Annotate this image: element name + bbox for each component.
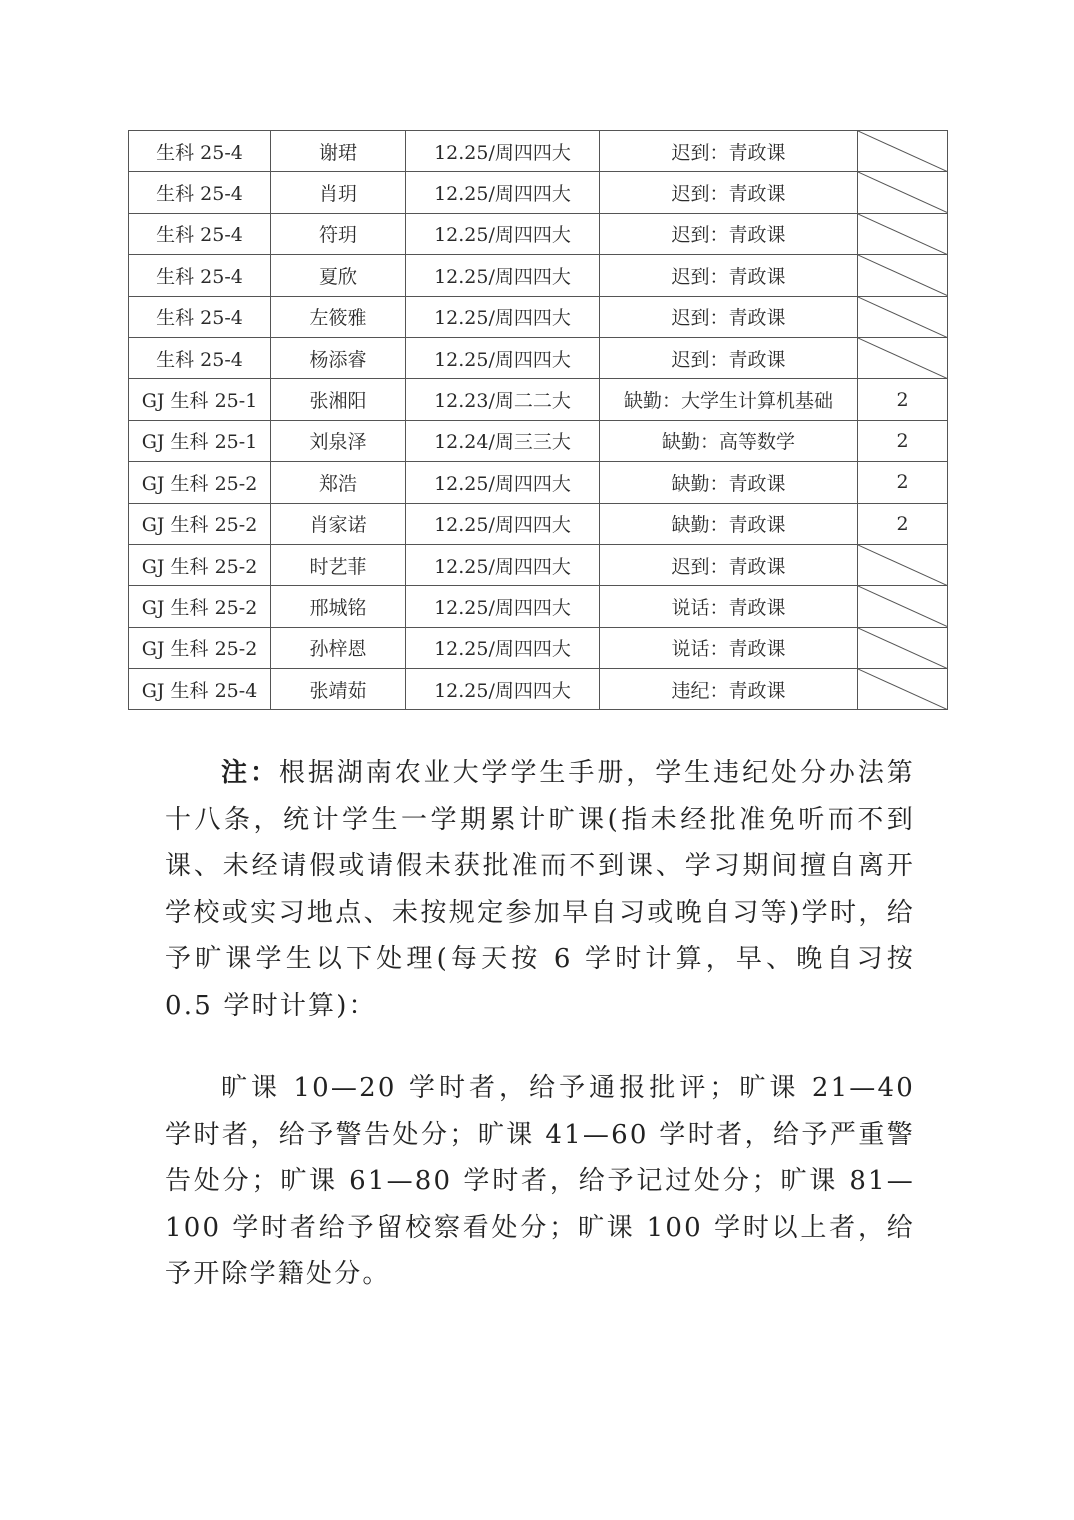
date-cell: 12.25/周四四大 <box>406 627 600 668</box>
class-cell: GJ 生科 25-2 <box>129 503 271 544</box>
reason-cell: 迟到：青政课 <box>600 131 858 172</box>
hours-cell-empty-diagonal <box>858 586 948 627</box>
note-lead: 注： <box>221 758 279 788</box>
date-cell: 12.25/周四四大 <box>406 172 600 213</box>
penalty-section: 旷课 10—20 学时者，给予通报批评；旷课 21—40 学时者，给予警告处分；… <box>165 1065 915 1298</box>
class-cell: GJ 生科 25-1 <box>129 379 271 420</box>
table-row: GJ 生科 25-4 张靖茹 12.25/周四四大 违纪：青政课 <box>129 669 948 710</box>
class-cell: GJ 生科 25-2 <box>129 627 271 668</box>
hours-cell-empty-diagonal <box>858 627 948 668</box>
diagonal-slash-icon <box>858 214 947 254</box>
reason-cell: 迟到：青政课 <box>600 172 858 213</box>
class-cell: GJ 生科 25-2 <box>129 462 271 503</box>
table-row: 生科 25-4 符玥 12.25/周四四大 迟到：青政课 <box>129 213 948 254</box>
table-row: 生科 25-4 肖玥 12.25/周四四大 迟到：青政课 <box>129 172 948 213</box>
diagonal-slash-icon <box>858 669 947 709</box>
reason-cell: 缺勤：青政课 <box>600 462 858 503</box>
table-row: GJ 生科 25-2 邢城铭 12.25/周四四大 说话：青政课 <box>129 586 948 627</box>
diagonal-slash-icon <box>858 131 947 171</box>
diagonal-slash-icon <box>858 338 947 378</box>
reason-cell: 说话：青政课 <box>600 627 858 668</box>
name-cell: 谢珺 <box>271 131 406 172</box>
reason-cell: 迟到：青政课 <box>600 255 858 296</box>
diagonal-slash-icon <box>858 255 947 295</box>
name-cell: 肖玥 <box>271 172 406 213</box>
reason-cell: 缺勤：大学生计算机基础 <box>600 379 858 420</box>
name-cell: 夏欣 <box>271 255 406 296</box>
reason-cell: 缺勤：青政课 <box>600 503 858 544</box>
table-row: GJ 生科 25-2 时艺菲 12.25/周四四大 迟到：青政课 <box>129 544 948 585</box>
class-cell: GJ 生科 25-1 <box>129 420 271 461</box>
name-cell: 张湘阳 <box>271 379 406 420</box>
table-body: 生科 25-4 谢珺 12.25/周四四大 迟到：青政课 生科 25-4 肖玥 … <box>129 131 948 710</box>
table-row: 生科 25-4 左筱雅 12.25/周四四大 迟到：青政课 <box>129 296 948 337</box>
reason-cell: 缺勤：高等数学 <box>600 420 858 461</box>
table-row: 生科 25-4 谢珺 12.25/周四四大 迟到：青政课 <box>129 131 948 172</box>
class-cell: 生科 25-4 <box>129 337 271 378</box>
hours-cell: 2 <box>858 420 948 461</box>
class-cell: GJ 生科 25-4 <box>129 669 271 710</box>
note-paragraph-2: 旷课 10—20 学时者，给予通报批评；旷课 21—40 学时者，给予警告处分；… <box>165 1065 915 1298</box>
name-cell: 孙梓恩 <box>271 627 406 668</box>
class-cell: GJ 生科 25-2 <box>129 544 271 585</box>
class-cell: 生科 25-4 <box>129 172 271 213</box>
name-cell: 时艺菲 <box>271 544 406 585</box>
name-cell: 符玥 <box>271 213 406 254</box>
class-cell: 生科 25-4 <box>129 213 271 254</box>
name-cell: 郑浩 <box>271 462 406 503</box>
reason-cell: 迟到：青政课 <box>600 296 858 337</box>
hours-cell-empty-diagonal <box>858 337 948 378</box>
date-cell: 12.25/周四四大 <box>406 296 600 337</box>
document-page: 生科 25-4 谢珺 12.25/周四四大 迟到：青政课 生科 25-4 肖玥 … <box>0 0 1074 1520</box>
date-cell: 12.25/周四四大 <box>406 586 600 627</box>
table-row: 生科 25-4 杨添睿 12.25/周四四大 迟到：青政课 <box>129 337 948 378</box>
hours-cell-empty-diagonal <box>858 255 948 296</box>
date-cell: 12.23/周二二大 <box>406 379 600 420</box>
date-cell: 12.25/周四四大 <box>406 255 600 296</box>
date-cell: 12.25/周四四大 <box>406 669 600 710</box>
table-row: 生科 25-4 夏欣 12.25/周四四大 迟到：青政课 <box>129 255 948 296</box>
reason-cell: 违纪：青政课 <box>600 669 858 710</box>
name-cell: 肖家诺 <box>271 503 406 544</box>
hours-cell: 2 <box>858 462 948 503</box>
table-row: GJ 生科 25-1 刘泉泽 12.24/周三三大 缺勤：高等数学 2 <box>129 420 948 461</box>
table-row: GJ 生科 25-1 张湘阳 12.23/周二二大 缺勤：大学生计算机基础 2 <box>129 379 948 420</box>
date-cell: 12.25/周四四大 <box>406 337 600 378</box>
hours-cell-empty-diagonal <box>858 669 948 710</box>
table-row: GJ 生科 25-2 肖家诺 12.25/周四四大 缺勤：青政课 2 <box>129 503 948 544</box>
date-cell: 12.25/周四四大 <box>406 462 600 503</box>
name-cell: 杨添睿 <box>271 337 406 378</box>
diagonal-slash-icon <box>858 297 947 337</box>
note-section: 注：根据湖南农业大学学生手册，学生违纪处分办法第十八条，统计学生一学期累计旷课(… <box>165 750 915 1029</box>
name-cell: 张靖茹 <box>271 669 406 710</box>
class-cell: 生科 25-4 <box>129 131 271 172</box>
hours-cell-empty-diagonal <box>858 544 948 585</box>
note-paragraph-1: 注：根据湖南农业大学学生手册，学生违纪处分办法第十八条，统计学生一学期累计旷课(… <box>165 750 915 1029</box>
attendance-records-table: 生科 25-4 谢珺 12.25/周四四大 迟到：青政课 生科 25-4 肖玥 … <box>128 130 948 710</box>
diagonal-slash-icon <box>858 545 947 585</box>
name-cell: 左筱雅 <box>271 296 406 337</box>
hours-cell: 2 <box>858 503 948 544</box>
class-cell: GJ 生科 25-2 <box>129 586 271 627</box>
reason-cell: 迟到：青政课 <box>600 337 858 378</box>
reason-cell: 迟到：青政课 <box>600 544 858 585</box>
date-cell: 12.25/周四四大 <box>406 503 600 544</box>
reason-cell: 迟到：青政课 <box>600 213 858 254</box>
date-cell: 12.25/周四四大 <box>406 213 600 254</box>
reason-cell: 说话：青政课 <box>600 586 858 627</box>
date-cell: 12.24/周三三大 <box>406 420 600 461</box>
diagonal-slash-icon <box>858 628 947 668</box>
diagonal-slash-icon <box>858 586 947 626</box>
hours-cell-empty-diagonal <box>858 131 948 172</box>
class-cell: 生科 25-4 <box>129 296 271 337</box>
hours-cell: 2 <box>858 379 948 420</box>
table-row: GJ 生科 25-2 孙梓恩 12.25/周四四大 说话：青政课 <box>129 627 948 668</box>
diagonal-slash-icon <box>858 172 947 212</box>
hours-cell-empty-diagonal <box>858 213 948 254</box>
hours-cell-empty-diagonal <box>858 172 948 213</box>
name-cell: 邢城铭 <box>271 586 406 627</box>
class-cell: 生科 25-4 <box>129 255 271 296</box>
note-paragraph-1-text: 根据湖南农业大学学生手册，学生违纪处分办法第十八条，统计学生一学期累计旷课(指未… <box>165 758 915 1021</box>
date-cell: 12.25/周四四大 <box>406 131 600 172</box>
date-cell: 12.25/周四四大 <box>406 544 600 585</box>
table-row: GJ 生科 25-2 郑浩 12.25/周四四大 缺勤：青政课 2 <box>129 462 948 503</box>
hours-cell-empty-diagonal <box>858 296 948 337</box>
name-cell: 刘泉泽 <box>271 420 406 461</box>
